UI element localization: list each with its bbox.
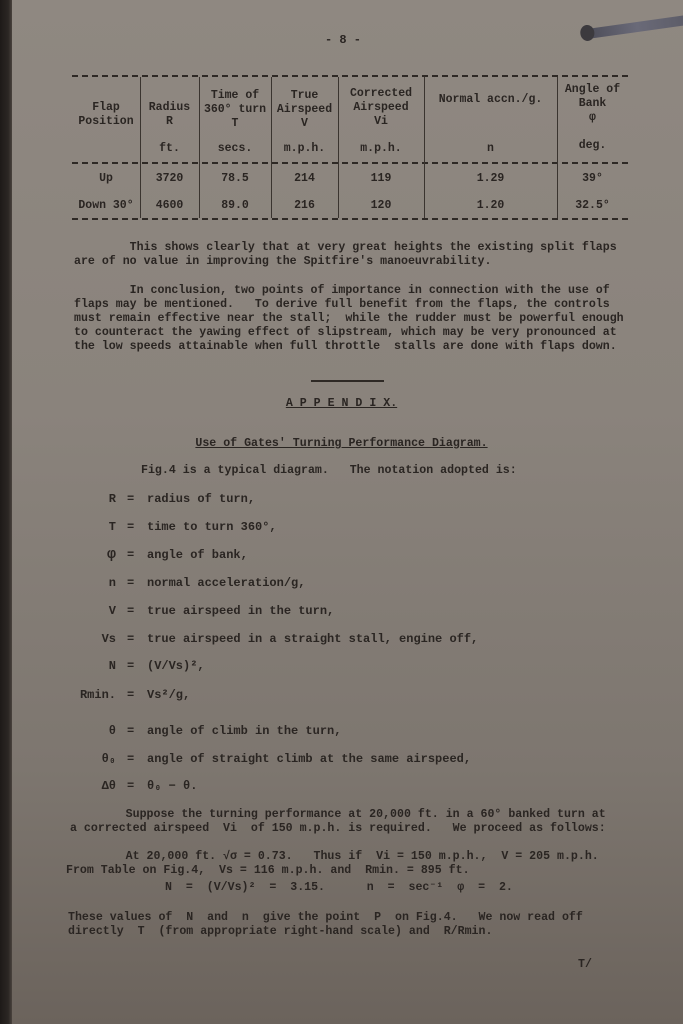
unit-radius: ft. — [140, 142, 199, 156]
header-true-airspeed: True Airspeed V — [271, 89, 338, 131]
notation-definition: time to turn 360°, — [147, 520, 277, 534]
notation-symbol: n — [56, 576, 116, 590]
notation-definition: angle of straight climb at the same airs… — [147, 752, 471, 766]
notation-symbol: T — [56, 520, 116, 534]
unit-time: secs. — [199, 142, 271, 156]
page-number: - 8 - — [325, 33, 361, 47]
notation-definition: radius of turn, — [147, 492, 255, 506]
appendix-title: A P P E N D I X. — [0, 397, 683, 410]
unit-corrected-airspeed: m.p.h. — [338, 142, 424, 156]
notation-definition: (V/Vs)², — [147, 659, 205, 673]
continuation-mark: T/ — [578, 958, 592, 973]
unit-true-airspeed: m.p.h. — [271, 142, 338, 156]
example-line-3: At 20,000 ft. √σ = 0.73. Thus if Vi = 15… — [70, 850, 599, 865]
table-header-rule — [72, 162, 628, 164]
notation-symbol: θ₀ — [56, 752, 116, 766]
notation-definition: angle of bank, — [147, 548, 248, 562]
paragraph-2-line-1: In conclusion, two points of importance … — [74, 284, 610, 299]
table-top-rule — [72, 75, 628, 77]
table-bottom-rule — [72, 218, 628, 220]
notation-definition: true airspeed in a straight stall, engin… — [147, 632, 478, 646]
appendix-subtitle: Use of Gates' Turning Performance Diagra… — [0, 437, 683, 450]
notation-symbol: N — [56, 659, 116, 673]
notation-definition: Vs²/g, — [147, 688, 190, 702]
notation-symbol: Rmin. — [56, 688, 116, 702]
paragraph-2-line-4: to counteract the yawing effect of slips… — [74, 326, 617, 341]
header-flap-position: Flap Position — [72, 101, 140, 129]
notation-symbol: V — [56, 604, 116, 618]
header-radius: Radius R — [140, 101, 199, 129]
unit-normal-accn: n — [424, 142, 557, 156]
notation-definition: θ₀ − θ. — [147, 779, 197, 793]
header-normal-accn: Normal accn./g. — [424, 93, 557, 107]
header-angle-of-bank: Angle of Bank φ — [557, 83, 628, 125]
results-table: Flap Position Radius R Time of 360° turn… — [72, 75, 628, 221]
example-line-1: Suppose the turning performance at 20,00… — [70, 808, 606, 823]
paragraph-2-line-3: must remain effective near the stall; wh… — [74, 312, 624, 327]
example-line-4: From Table on Fig.4, Vs = 116 m.p.h. and… — [66, 864, 470, 879]
unit-angle-of-bank: deg. — [557, 139, 628, 153]
notation-symbol: Δθ — [56, 779, 116, 793]
example-line-2: a corrected airspeed Vi of 150 m.p.h. is… — [70, 822, 606, 837]
paragraph-2-line-2: flaps may be mentioned. To derive full b… — [74, 298, 610, 313]
paragraph-1-line-2: are of no value in improving the Spitfir… — [74, 255, 491, 270]
header-time: Time of 360° turn T — [199, 89, 271, 131]
example-line-7: directly T (from appropriate right-hand … — [68, 925, 492, 940]
notation-symbol: Vs — [56, 632, 116, 646]
notation-definition: true airspeed in the turn, — [147, 604, 334, 618]
section-divider — [311, 380, 384, 382]
example-equation: N = (V/Vs)² = 3.15. n = sec⁻¹ φ = 2. — [165, 881, 513, 896]
notation-definition: normal acceleration/g, — [147, 576, 305, 590]
notation-symbol: R — [56, 492, 116, 506]
paragraph-1-line-1: This shows clearly that at very great he… — [74, 241, 617, 256]
header-corrected-airspeed: Corrected Airspeed Vi — [338, 87, 424, 129]
notation-symbol: θ — [56, 724, 116, 738]
appendix-intro: Fig.4 is a typical diagram. The notation… — [141, 464, 517, 479]
notation-definition: angle of climb in the turn, — [147, 724, 341, 738]
example-line-6: These values of N and n give the point P… — [68, 911, 583, 926]
paragraph-2-line-5: the low speeds attainable when full thro… — [74, 340, 617, 355]
notation-symbol: φ — [56, 546, 116, 563]
